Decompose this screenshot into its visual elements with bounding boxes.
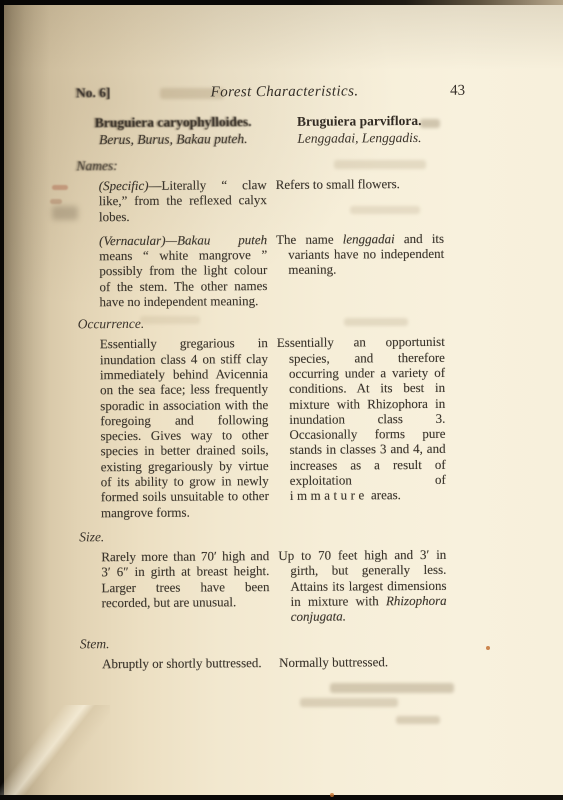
book-gutter-shadow xyxy=(4,0,50,800)
section-names: Names: (Specific)—Literally “ claw like,… xyxy=(77,156,467,310)
comparison-row: Essentially gregarious in inundation cla… xyxy=(78,334,468,520)
running-title: Forest Characteristics. xyxy=(148,83,421,102)
paper-speck xyxy=(330,793,334,797)
species-name: Bruguiera parviflora. xyxy=(275,113,443,131)
margin-mark xyxy=(52,185,68,190)
comparison-row: Rarely more than 70′ high and 3′ 6″ in g… xyxy=(79,547,469,626)
species-left: Bruguiera caryophylloides. Berus, Burus,… xyxy=(76,114,266,148)
paragraph-stem-right: Normally buttressed. xyxy=(279,654,447,670)
species-vernacular-names: Berus, Burus, Bakau puteh. xyxy=(80,131,266,149)
paper-speck xyxy=(486,646,490,650)
section-heading: Occurrence. xyxy=(78,314,467,333)
page-edge-top xyxy=(0,0,563,5)
paragraph-occurrence-left: Essentially gregarious in inundation cla… xyxy=(100,335,269,520)
paragraph-vernacular-left: (Vernacular)—Bakau puteh means “ white m… xyxy=(99,232,268,310)
show-through-text-ghost xyxy=(300,698,398,707)
paragraph-vernacular-right: The name lenggadai and its variants have… xyxy=(276,231,444,278)
species-header-row: Bruguiera caryophylloides. Berus, Burus,… xyxy=(76,113,465,149)
show-through-text-ghost xyxy=(330,683,454,693)
paragraph-stem-left: Abruptly or shortly buttressed. xyxy=(102,655,270,671)
page-content: No. 6] Forest Characteristics. 43 Brugui… xyxy=(76,83,469,672)
page-edge-left xyxy=(0,0,4,800)
section-heading: Stem. xyxy=(80,634,469,653)
issue-number: No. 6] xyxy=(76,85,148,102)
section-stem: Stem. Abruptly or shortly buttressed. No… xyxy=(80,634,469,672)
ink-smudge xyxy=(52,206,78,220)
species-name: Bruguiera caryophylloides. xyxy=(80,114,266,132)
species-vernacular-names: Lenggadai, Lenggadis. xyxy=(275,129,443,147)
running-header: No. 6] Forest Characteristics. 43 xyxy=(76,83,465,103)
margin-mark xyxy=(50,199,62,204)
page-corner-crease xyxy=(0,705,110,795)
paragraph-size-left: Rarely more than 70′ high and 3′ 6″ in g… xyxy=(101,548,269,610)
section-heading: Names: xyxy=(77,156,466,175)
section-size: Size. Rarely more than 70′ high and 3′ 6… xyxy=(79,527,469,626)
section-occurrence: Occurrence. Essentially gregarious in in… xyxy=(78,314,468,520)
show-through-text-ghost xyxy=(396,716,440,724)
scanned-book-page: No. 6] Forest Characteristics. 43 Brugui… xyxy=(0,0,563,800)
paragraph-specific-right: Refers to small flowers. xyxy=(276,176,444,192)
comparison-row: (Vernacular)—Bakau puteh means “ white m… xyxy=(77,231,467,310)
paragraph-occurrence-right: Essentially an opportunist species, and … xyxy=(277,334,446,503)
comparison-row: (Specific)—Literally “ claw like,” from … xyxy=(77,176,466,225)
comparison-row: Abruptly or shortly buttressed. Normally… xyxy=(80,654,469,672)
page-edge-bottom xyxy=(0,795,563,800)
paragraph-specific-left: (Specific)—Literally “ claw like,” from … xyxy=(99,177,267,224)
page-number: 43 xyxy=(421,83,465,100)
section-heading: Size. xyxy=(79,527,468,546)
paragraph-size-right: Up to 70 feet high and 3′ in girth, but … xyxy=(278,547,447,625)
species-right: Bruguiera parviflora. Lenggadai, Lenggad… xyxy=(275,113,443,147)
